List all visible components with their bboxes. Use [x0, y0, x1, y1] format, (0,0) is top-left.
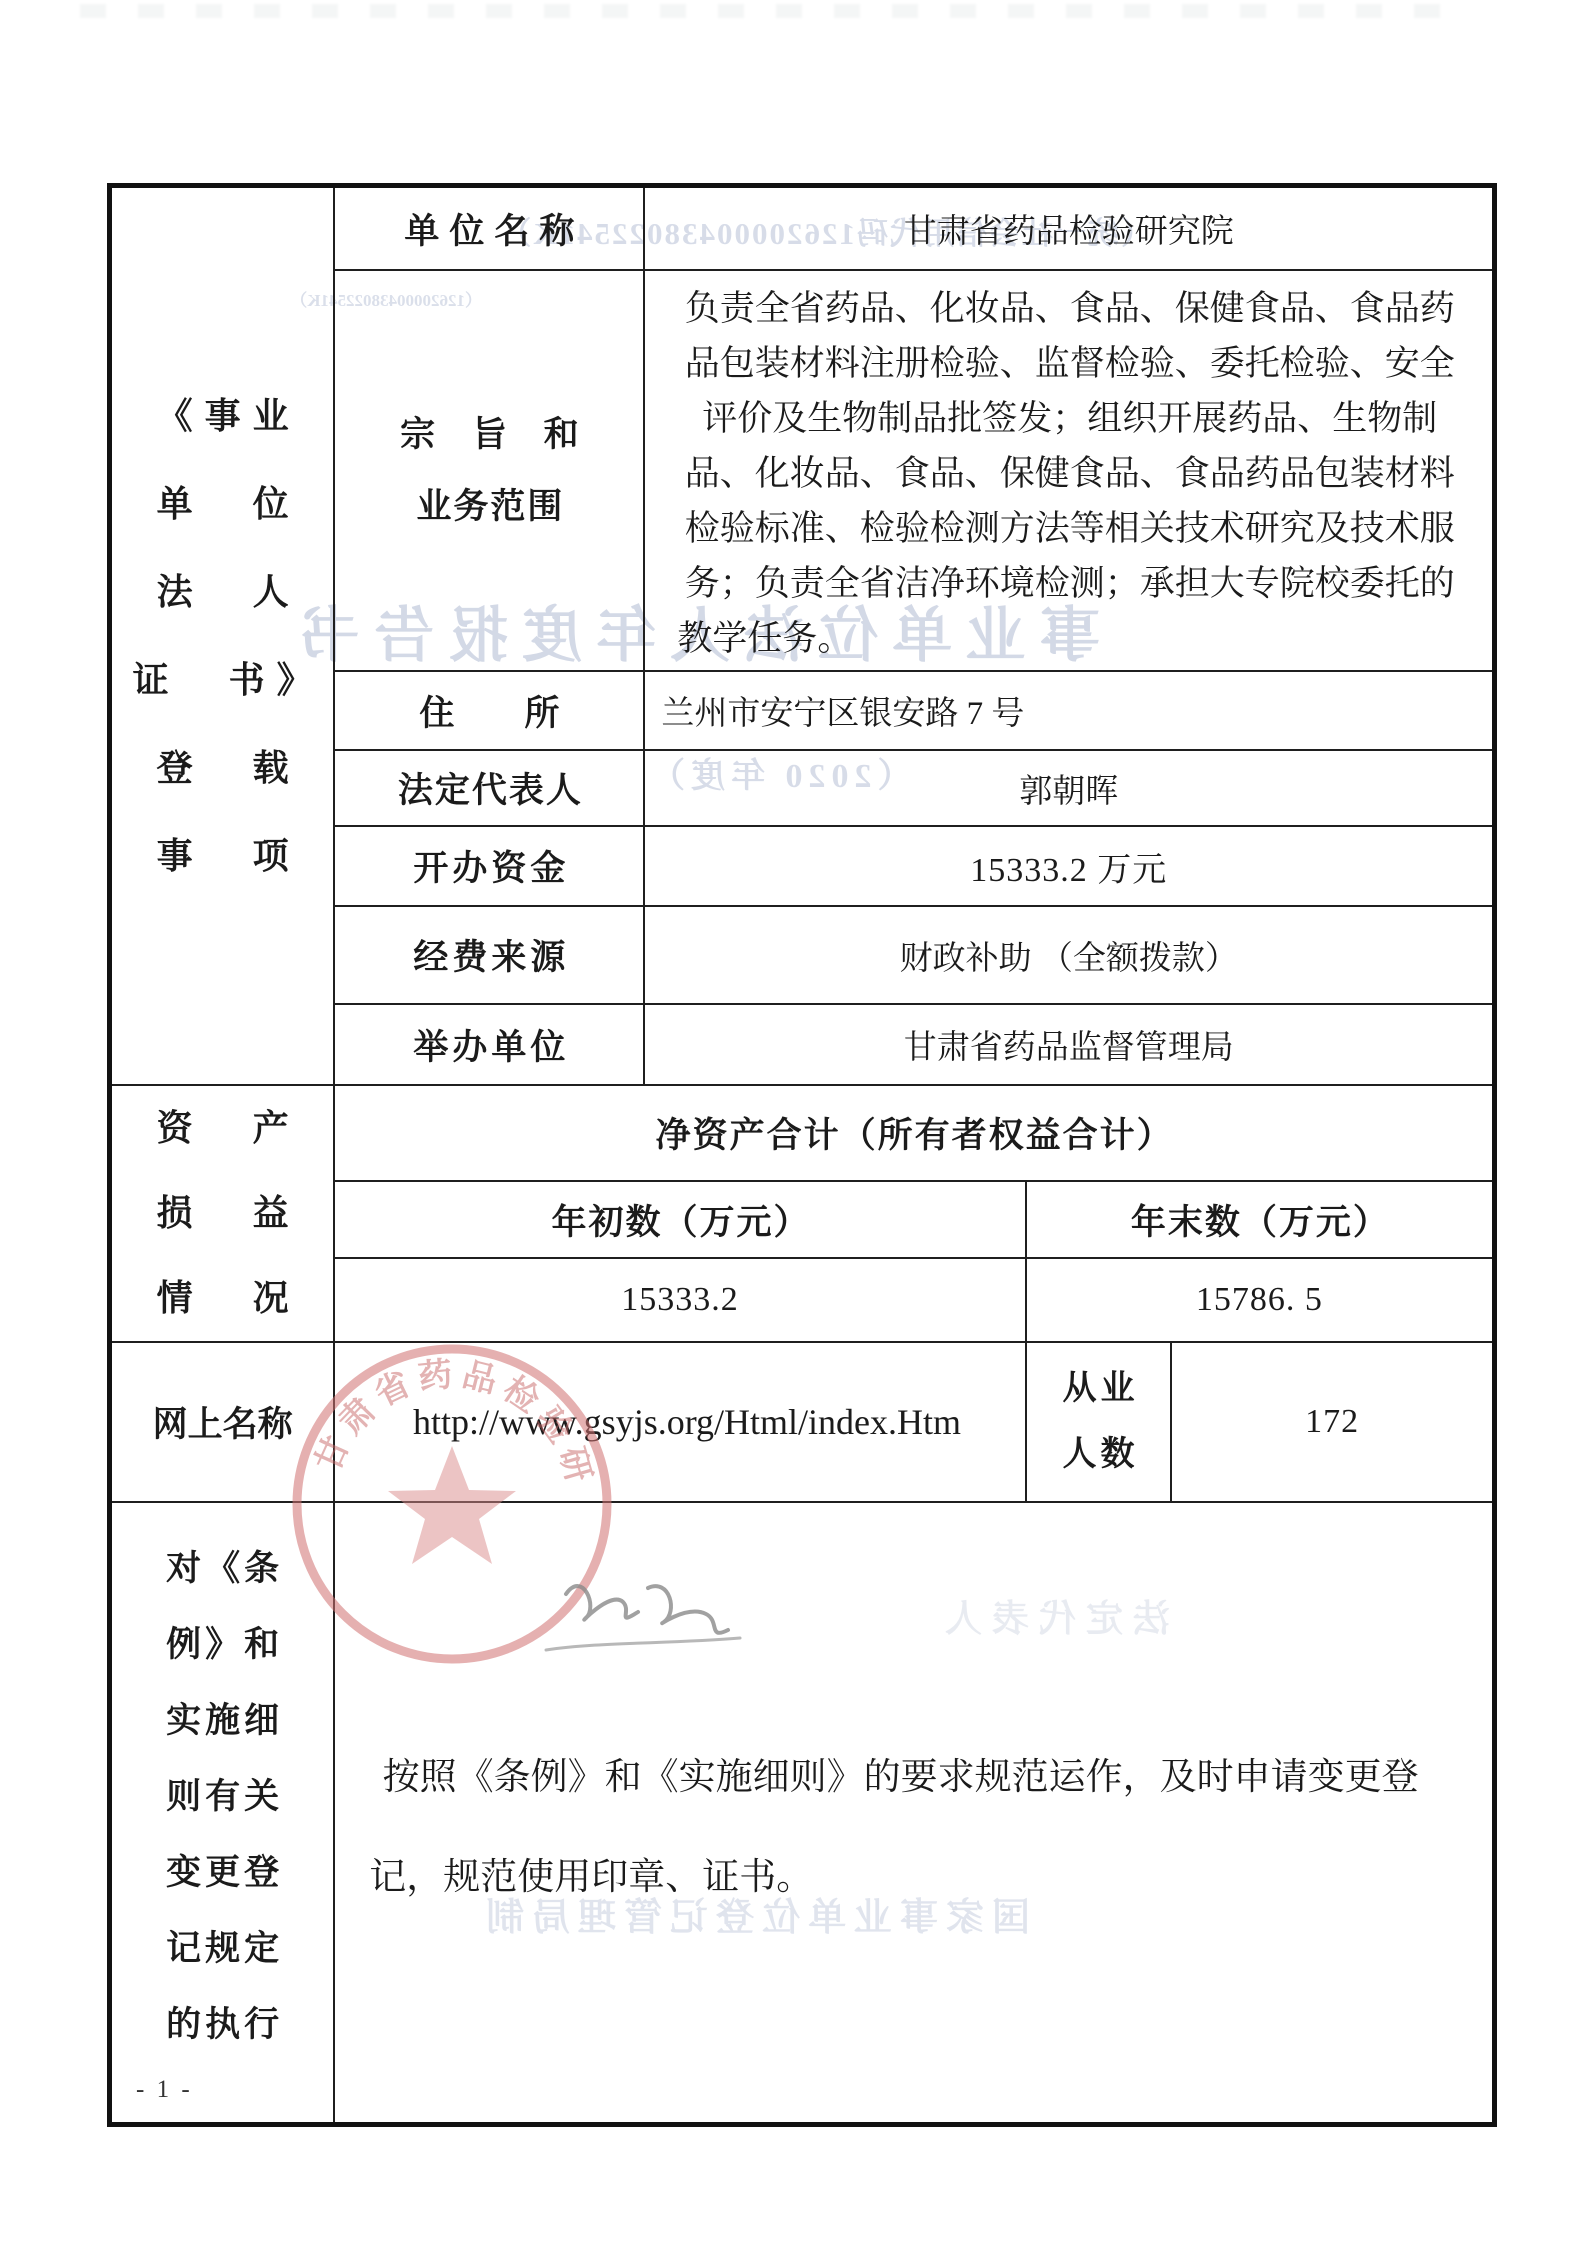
- staff-count-value: 172: [1171, 1342, 1494, 1502]
- net-assets-total-label: 净资产合计（所有者权益合计）: [334, 1085, 1494, 1181]
- header-line: 法 人: [112, 548, 333, 636]
- staff-count-label: 从业 人数: [1026, 1342, 1172, 1502]
- unit-name-label: 单位名称: [334, 186, 644, 271]
- table-row: 《事业 单 位 法 人 证 书》 登 载 事 项 单位名称 甘肃省药品检验研究院: [110, 186, 1495, 271]
- legal-rep-value: 郭朝晖: [644, 750, 1494, 826]
- online-name-url: http://www.gsyjs.org/Html/index.Htm: [334, 1342, 1025, 1502]
- compliance-header-cell: 对《条 例》和 实施细 则有关 变更登 记规定 的执行: [110, 1502, 335, 2125]
- end-of-year-value: 15786. 5: [1026, 1258, 1495, 1342]
- page-number: - 1 -: [136, 2076, 193, 2104]
- header-line: 例》和: [112, 1607, 333, 1683]
- header-line: 损 益: [112, 1171, 333, 1256]
- opening-funds-value: 15333.2 万元: [644, 826, 1494, 906]
- table-row: 网上名称 http://www.gsyjs.org/Html/index.Htm…: [110, 1342, 1495, 1502]
- legal-rep-label: 法定代表人: [334, 750, 644, 826]
- funding-source-value: 财政补助 （全额拨款）: [644, 906, 1494, 1004]
- handwritten-signature: [528, 1552, 788, 1667]
- header-line: 证 书》: [112, 636, 333, 724]
- mission-label: 宗 旨 和 业务范围: [334, 270, 644, 671]
- certificate-items-header-cell: 《事业 单 位 法 人 证 书》 登 载 事 项: [110, 186, 335, 1086]
- header-line: 变更登: [112, 1835, 333, 1911]
- staff-label-line: 人数: [1027, 1422, 1171, 1488]
- registration-info-table: 《事业 单 位 法 人 证 书》 登 载 事 项 单位名称 甘肃省药品检验研究院…: [107, 183, 1497, 2127]
- scanner-noise-artifact: [80, 4, 1460, 18]
- header-line: 对《条: [112, 1531, 333, 1607]
- header-line: 登 载: [112, 724, 333, 812]
- assets-header-cell: 资 产 损 益 情 况: [110, 1085, 335, 1342]
- mission-label-line1: 宗 旨 和: [335, 399, 643, 471]
- begin-of-year-label: 年初数（万元）: [334, 1181, 1025, 1258]
- begin-of-year-value: 15333.2: [334, 1258, 1025, 1342]
- unit-name-value: 甘肃省药品检验研究院: [644, 186, 1494, 271]
- header-line: 则有关: [112, 1759, 333, 1835]
- end-of-year-label: 年末数（万元）: [1026, 1181, 1495, 1258]
- address-label: 住 所: [334, 671, 644, 750]
- header-line: 资 产: [112, 1086, 333, 1171]
- staff-label-line: 从业: [1027, 1356, 1171, 1422]
- header-line: 记规定: [112, 1911, 333, 1987]
- sponsor-label: 举办单位: [334, 1004, 644, 1085]
- table-row: 资 产 损 益 情 况 净资产合计（所有者权益合计）: [110, 1085, 1495, 1181]
- opening-funds-label: 开办资金: [334, 826, 644, 906]
- header-line: 情 况: [112, 1256, 333, 1341]
- address-value: 兰州市安宁区银安路 7 号: [644, 671, 1494, 750]
- mission-scope-value: 负责全省药品、化妆品、食品、保健食品、食品药品包装材料注册检验、监督检验、委托检…: [644, 270, 1494, 671]
- funding-source-label: 经费来源: [334, 906, 644, 1004]
- header-line: 单 位: [112, 460, 333, 548]
- online-name-label: 网上名称: [110, 1342, 335, 1502]
- header-line: 《事业: [112, 372, 333, 460]
- header-line: 事 项: [112, 812, 333, 900]
- sponsor-value: 甘肃省药品监督管理局: [644, 1004, 1494, 1085]
- header-line: 的执行: [112, 1987, 333, 2063]
- header-line: 实施细: [112, 1683, 333, 1759]
- compliance-statement-value: 按照《条例》和《实施细则》的要求规范运作，及时申请变更登记，规范使用印章、证书。: [334, 1502, 1494, 2125]
- table-row: 对《条 例》和 实施细 则有关 变更登 记规定 的执行 按照《条例》和《实施细则…: [110, 1502, 1495, 2125]
- mission-label-line2: 业务范围: [335, 471, 643, 543]
- scanned-document-page: （统一社会信用代码12620000438022541K） （1262000043…: [0, 0, 1595, 2252]
